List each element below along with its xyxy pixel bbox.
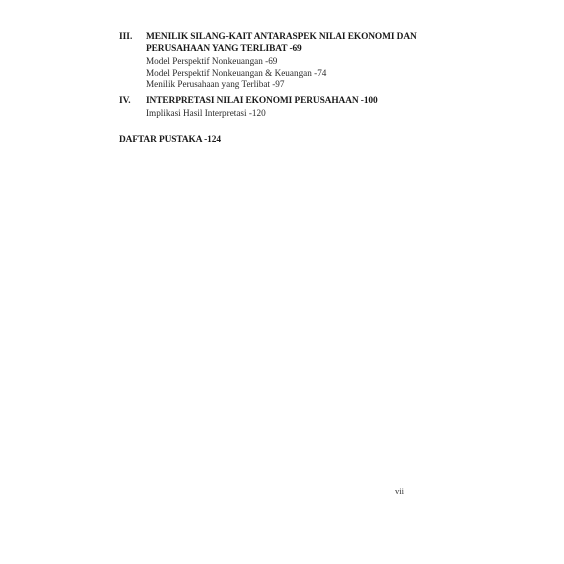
- chapter-numeral: IV.: [119, 97, 131, 106]
- toc-section-entry[interactable]: Model Perspektif Nonkeuangan & Keuangan …: [146, 69, 326, 78]
- toc-section-entry[interactable]: Menilik Perusahaan yang Terlibat -97: [146, 80, 285, 89]
- document-page: III. MENILIK SILANG-KAIT ANTARASPEK NILA…: [0, 0, 564, 564]
- toc-bibliography-entry[interactable]: DAFTAR PUSTAKA -124: [119, 136, 221, 145]
- chapter-title-line-1[interactable]: MENILIK SILANG-KAIT ANTARASPEK NILAI EKO…: [146, 33, 417, 42]
- toc-section-entry[interactable]: Model Perspektif Nonkeuangan -69: [146, 57, 277, 66]
- page-number: vii: [395, 487, 404, 496]
- toc-section-entry[interactable]: Implikasi Hasil Interpretasi -120: [146, 109, 266, 118]
- chapter-numeral: III.: [119, 33, 132, 42]
- chapter-title-line-2[interactable]: PERUSAHAAN YANG TERLIBAT -69: [146, 45, 302, 54]
- chapter-title-line-1[interactable]: INTERPRETASI NILAI EKONOMI PERUSAHAAN -1…: [146, 97, 378, 106]
